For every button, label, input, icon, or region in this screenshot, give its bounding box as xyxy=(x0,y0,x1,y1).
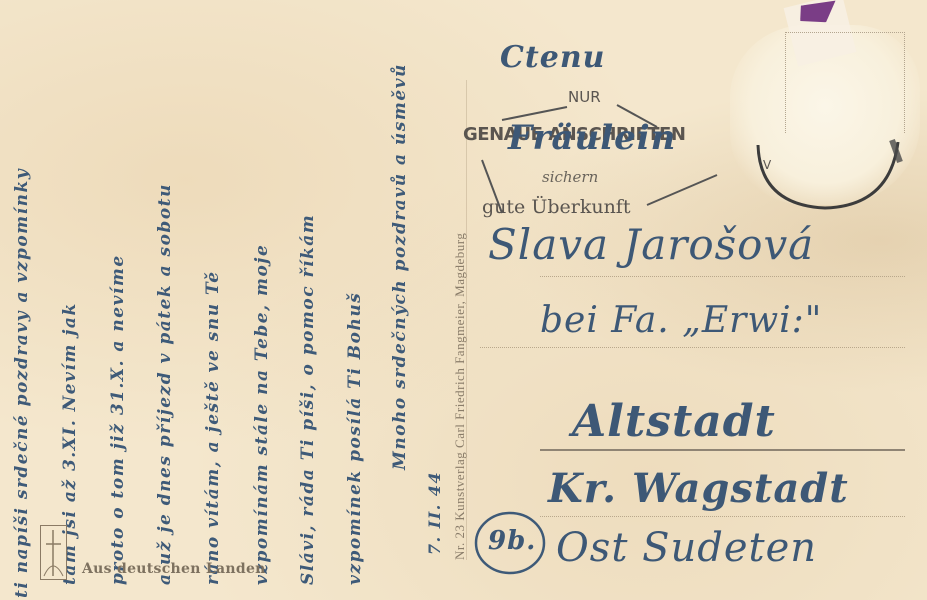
series-logo-text: Aus deutschen Landen xyxy=(82,561,266,577)
message-line-3: Slávi, ráda Ti píši, o pomoc říkám xyxy=(298,214,318,585)
slogan-line-4: gute Überkunft xyxy=(482,196,630,218)
address-district: Kr. Wagstadt xyxy=(548,465,849,512)
message-line-6: a už je dnes příjezd v pátek a sobotu xyxy=(155,183,175,585)
circled-mark: 9b. xyxy=(488,526,536,556)
message-line-2: vzpomínek posílá Ti Bohuš xyxy=(345,292,365,585)
address-line-1 xyxy=(540,276,905,277)
postmark-text: V xyxy=(763,158,771,172)
address-line-2 xyxy=(480,347,905,348)
message-date: 7. II. 44 xyxy=(425,471,444,555)
care-of: bei Fa. „Erwi:" xyxy=(540,300,822,341)
series-logo-icon xyxy=(40,525,67,580)
stamp-placement-frame xyxy=(785,32,905,133)
postmark-circle-icon xyxy=(740,120,920,230)
message-line-1: Mnoho srdečných pozdravů a úsměvů xyxy=(390,63,410,470)
slogan-line-1: NUR xyxy=(568,88,601,106)
address-title: Fräulein xyxy=(508,118,676,158)
message-line-4: vzpomínám stále na Tebe, moje xyxy=(252,244,272,585)
address-salutation: Ctenu xyxy=(500,40,605,75)
address-region: Ost Sudeten xyxy=(556,525,817,571)
address-line-4 xyxy=(540,516,905,517)
address-line-3 xyxy=(540,449,905,451)
message-line-9: ti napíši srdečné pozdravy a vzpomínky xyxy=(12,168,32,598)
message-line-5: ráno vítám, a ještě ve snu Tě xyxy=(203,270,223,585)
slogan-line-3: sichern xyxy=(542,168,598,186)
publisher-imprint: Nr. 23 Kunstverlag Carl Friedrich Fangme… xyxy=(452,233,468,560)
postcard-reverse: Nr. 23 Kunstverlag Carl Friedrich Fangme… xyxy=(0,0,927,600)
message-line-7: proto o tom již 31.X. a nevíme xyxy=(108,254,128,585)
recipient-name: Slava Jarošová xyxy=(488,220,814,269)
address-city: Altstadt xyxy=(572,396,776,447)
